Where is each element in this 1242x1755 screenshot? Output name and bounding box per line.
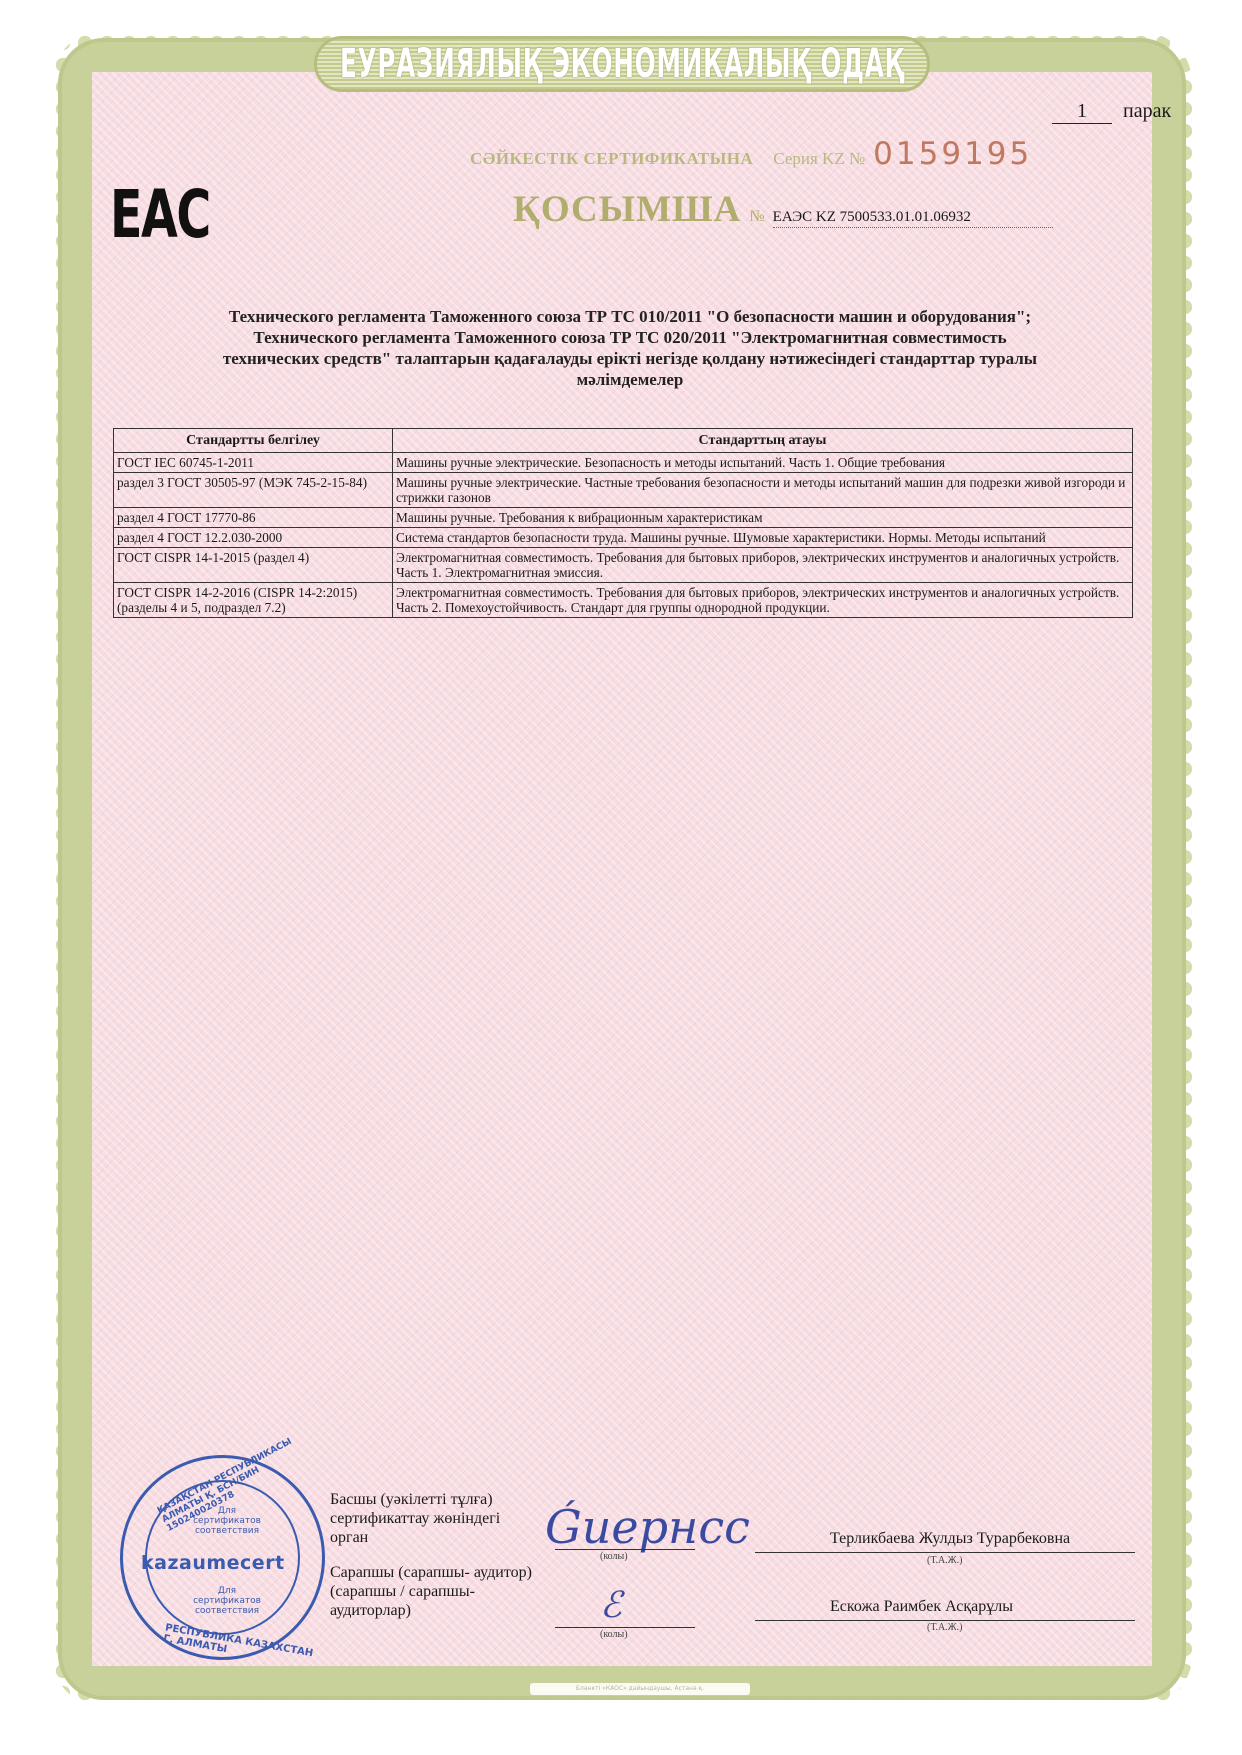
- expert-signature-line: [555, 1627, 695, 1628]
- printer-note: Бланкті «КАОС» дайындаушы, Астана қ.: [530, 1683, 750, 1695]
- expert-name-caption: (Т.А.Ж.): [927, 1622, 962, 1633]
- expert-signature-caption: (колы): [600, 1629, 628, 1640]
- expert-full-name: Ескожа Раимбек Асқарұлы: [830, 1598, 1013, 1616]
- eac-logo: EAC: [110, 176, 210, 253]
- document-heading: Технического регламента Таможенного союз…: [130, 306, 1130, 390]
- head-label: Басшы (уәкілетті тұлға) сертификаттау жө…: [330, 1490, 532, 1547]
- head-name-caption: (Т.А.Ж.): [927, 1555, 962, 1566]
- stamp-inner-bottom-text: Для сертификатов соответствия: [187, 1586, 267, 1616]
- expert-name-line: [755, 1620, 1135, 1621]
- head-label-line: сертификаттау жөніндегі: [330, 1509, 532, 1528]
- head-signature-caption: (колы): [600, 1551, 628, 1562]
- annex-title: ҚОСЫМША: [513, 188, 741, 231]
- sheet-number: 1 парак: [1052, 100, 1171, 124]
- union-banner: ЕУРАЗИЯЛЫҚ ЭКОНОМИКАЛЫҚ ОДАҚ: [314, 36, 930, 92]
- expert-signature: ℰ: [600, 1585, 622, 1626]
- standard-code: раздел 4 ГОСТ 12.2.030-2000: [114, 528, 393, 548]
- serial-number: 0159195: [873, 136, 1032, 172]
- head-signature-line: [555, 1549, 695, 1550]
- stamp-brand: kazaumecert: [141, 1552, 285, 1574]
- standard-code: раздел 3 ГОСТ 30505-97 (МЭК 745-2-15-84): [114, 473, 393, 508]
- heading-line: мәлімдемелер: [130, 369, 1130, 390]
- standard-code: раздел 4 ГОСТ 17770-86: [114, 508, 393, 528]
- table-row: раздел 3 ГОСТ 30505-97 (МЭК 745-2-15-84)…: [114, 473, 1133, 508]
- standard-name: Электромагнитная совместимость. Требован…: [393, 548, 1133, 583]
- annex-line: ҚОСЫМША № ЕАЭС KZ 7500533.01.01.06932: [513, 188, 1053, 231]
- heading-line: Технического регламента Таможенного союз…: [130, 306, 1130, 327]
- table-header-row: Стандартты белгілеу Стандарттың атауы: [114, 429, 1133, 453]
- head-label-line: Басшы (уәкілетті тұлға): [330, 1490, 532, 1509]
- annex-number: ЕАЭС KZ 7500533.01.01.06932: [773, 209, 1053, 228]
- head-signature: Ǵиернсс: [545, 1500, 750, 1554]
- table-row: ГОСТ CISPR 14-1-2015 (раздел 4) Электром…: [114, 548, 1133, 583]
- head-full-name: Терликбаева Жулдыз Турарбековна: [830, 1530, 1070, 1548]
- heading-line: Технического регламента Таможенного союз…: [130, 327, 1130, 348]
- certificate-title: СӘЙКЕСТІК СЕРТИФИКАТЫНА: [470, 149, 753, 169]
- standard-name: Машины ручные. Требования к вибрационным…: [393, 508, 1133, 528]
- organization-stamp: ҚАЗАҚСТАН РЕСПУБЛИКАСЫ АЛМАТЫ Қ. БСН/БИН…: [120, 1455, 325, 1660]
- head-label-line: орган: [330, 1528, 532, 1547]
- sheet-number-value: 1: [1052, 100, 1112, 124]
- union-banner-text: ЕУРАЗИЯЛЫҚ ЭКОНОМИКАЛЫҚ ОДАҚ: [340, 41, 904, 87]
- standard-name: Машины ручные электрические. Частные тре…: [393, 473, 1133, 508]
- standard-name: Система стандартов безопасности труда. М…: [393, 528, 1133, 548]
- standard-code: ГОСТ IEC 60745-1-2011: [114, 453, 393, 473]
- standard-code: ГОСТ CISPR 14-2-2016 (CISPR 14-2:2015) (…: [114, 583, 393, 618]
- table-row: ГОСТ IEC 60745-1-2011 Машины ручные элек…: [114, 453, 1133, 473]
- standard-code: ГОСТ CISPR 14-1-2015 (раздел 4): [114, 548, 393, 583]
- annex-number-label: №: [749, 208, 764, 226]
- standard-name: Электромагнитная совместимость. Требован…: [393, 583, 1133, 618]
- stamp-inner-top-text: Для сертификатов соответствия: [187, 1506, 267, 1536]
- standard-name: Машины ручные электрические. Безопасност…: [393, 453, 1133, 473]
- head-name-line: [755, 1552, 1135, 1553]
- heading-line: технических средств" талаптарын қадағала…: [130, 348, 1130, 369]
- table-row: ГОСТ CISPR 14-2-2016 (CISPR 14-2:2015) (…: [114, 583, 1133, 618]
- expert-label-line: аудиторлар): [330, 1601, 532, 1620]
- signature-labels: Басшы (уәкілетті тұлға) сертификаттау жө…: [330, 1490, 532, 1620]
- column-header-code: Стандартты белгілеу: [114, 429, 393, 453]
- series-label: Серия KZ №: [773, 149, 865, 169]
- expert-label: Сарапшы (сарапшы- аудитор) (сарапшы / са…: [330, 1563, 532, 1620]
- table-row: раздел 4 ГОСТ 12.2.030-2000 Система стан…: [114, 528, 1133, 548]
- table-row: раздел 4 ГОСТ 17770-86 Машины ручные. Тр…: [114, 508, 1133, 528]
- certificate-line: СӘЙКЕСТІК СЕРТИФИКАТЫНА Серия KZ № 01591…: [470, 136, 1032, 172]
- column-header-name: Стандарттың атауы: [393, 429, 1133, 453]
- standards-table: Стандартты белгілеу Стандарттың атауы ГО…: [113, 428, 1133, 618]
- expert-label-line: Сарапшы (сарапшы- аудитор): [330, 1563, 532, 1582]
- sheet-number-label: парак: [1123, 100, 1171, 122]
- expert-label-line: (сарапшы / сарапшы-: [330, 1582, 532, 1601]
